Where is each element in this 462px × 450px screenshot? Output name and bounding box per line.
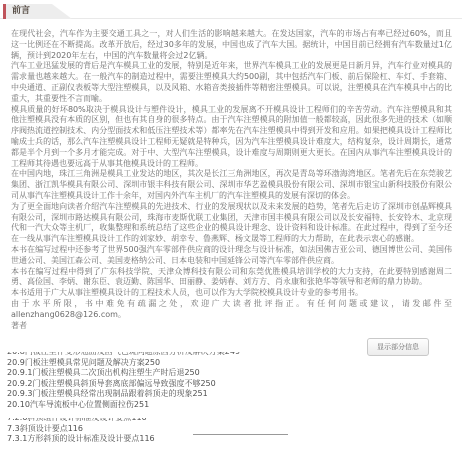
- page-title: 前言: [12, 6, 30, 16]
- toc-item[interactable]: 7.3.1方形斜顶的设计标准及设计要点116: [7, 434, 454, 445]
- horizontal-divider-line: [193, 434, 288, 435]
- author-signature: 著者: [11, 321, 452, 332]
- preface-paragraph: 本书适用于广大从事注塑模具设计的工程技术人员，也可以作为大学院校模具设计专业的参…: [11, 288, 452, 299]
- preface-paragraph: 本书在编写过程中还参考了世界500强汽车零部件供应商的设计理念与设计标准，如法国…: [11, 245, 452, 267]
- toc-upper-list: 20.8门板注塑件变形翘曲及困气色斑问题原因分析及解决方案249 20.9门板注…: [7, 352, 454, 410]
- preface-paragraph: 在现代社会，汽车作为主要交通工具之一，对人们生活的影响越来越大。在发达国家，汽车…: [11, 29, 452, 61]
- preface-text: 在现代社会，汽车作为主要交通工具之一，对人们生活的影响越来越大。在发达国家，汽车…: [11, 29, 452, 331]
- toc-item[interactable]: 20.9门板注塑模具常见问题及解决方案250: [7, 358, 454, 369]
- tab-accent-bar: [3, 4, 6, 19]
- preface-paragraph: 为了更全面地向读者介绍汽车注塑模具的先进技术、行业的发展现状以及未来发展的趋势，…: [11, 202, 452, 245]
- toc-item[interactable]: 20.9.1门板注塑模具二次顶出机构注塑生产时后退250: [7, 368, 454, 379]
- toc-item[interactable]: 20.9.2门板注塑模具斜顶导套离底部偏远导致强度不够250: [7, 379, 454, 390]
- toc-item[interactable]: 20.10汽车导流板中心位置侧面拉伤251: [7, 400, 454, 411]
- page-title-tab: 前言: [6, 4, 72, 19]
- toc-fragment-upper: 20.8门板注塑件变形翘曲及困气色斑问题原因分析及解决方案249 20.9门板注…: [7, 352, 454, 417]
- toc-item[interactable]: 7.3斜顶设计要点116: [7, 424, 454, 435]
- toc-item[interactable]: 20.9.3门板注塑模具经常出现制品跟着斜顶走的现象251: [7, 389, 454, 400]
- preface-paragraph: 本书在编写过程中得到了广东科技学院、天津众博科技有限公司和东莞优胜模具培训学校的…: [11, 267, 452, 289]
- preface-paragraph: 模具质量的好坏80%取决于模具设计与塑件设计，模具工业的发展离不开模具设计工程师…: [11, 105, 452, 170]
- preface-page: 前言 在现代社会，汽车作为主要交通工具之一，对人们生活的影响越来越大。在发达国家…: [0, 0, 462, 450]
- preface-paragraph: 汽车工业迅猛发展的背后是汽车模具工业的发展，特别是近年来，世界汽车模具工业的发展…: [11, 61, 452, 104]
- toc-lower-list: 7.2.6斜顶组件设计标准及设计要点116 7.3斜顶设计要点116 7.3.1…: [7, 418, 454, 445]
- preface-paragraph: 由于水平所限，书中难免有疏漏之处，欢迎广大读者批评指正。有任何问题或建议，请发邮…: [11, 299, 452, 321]
- preface-paragraph: 在中国内地，珠江三角洲是模具工业发达的地区，其次是长江三角洲地区，再次是青岛等环…: [11, 169, 452, 201]
